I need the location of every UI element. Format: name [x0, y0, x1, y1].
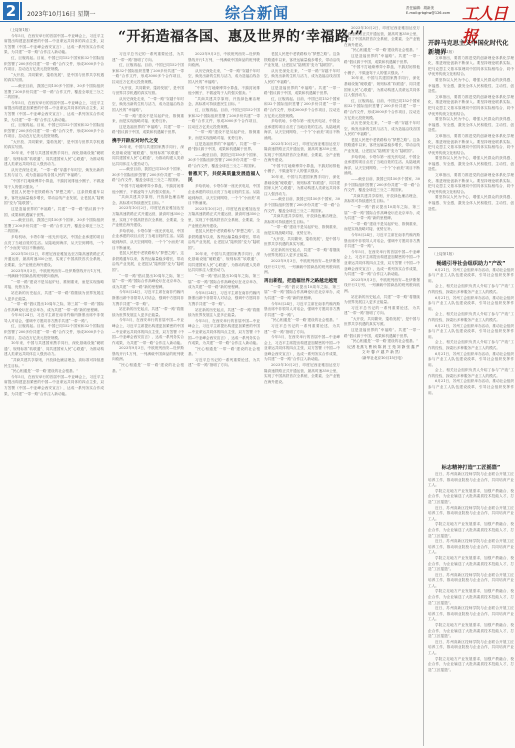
paragraph: 今年8月24日，习近平主席在南非约翰内斯堡出席中非领导人对话会，强调中方愿同非方…: [188, 291, 260, 308]
paragraph: “一带一路”倡议提出10周年之际，第三届“一带一路”国际合作高峰论坛在北京举办，…: [112, 274, 184, 291]
paragraph: “一带一路”建设不是另起炉灶、推倒重来，而是实现战略对接、优势互补。: [112, 114, 184, 125]
paragraph: 2023年10月2日，印度尼西亚雅加达至万隆高速铁路正式开通运营，最高时速350…: [264, 142, 340, 164]
paragraph: “中国不打地缘博弈小算盘，不搞封闭排他小圈子，不做凌驾于人的强买强卖。”: [4, 179, 104, 190]
paragraph: 2023年10月2日，印度尼西亚雅加达至万隆高速铁路正式开通运营，最高时速350…: [344, 26, 420, 48]
story-divider: [428, 247, 514, 248]
paragraph: 文章指出，要着力推进党的创新理论体系化学理化，推进理论创新不断深入。要坚持理论联…: [428, 95, 514, 117]
reporters-byline: （记者 杜燕飞 曹 桢 陈 晨 王 苑 刘 静 张 鑫 严 文 叶 馨 卢 越 …: [344, 345, 420, 356]
paragraph: ——截至目前，我国已同150多个国家、30多个国际组织签署了200多份共建“一带…: [188, 153, 260, 170]
right-story1-body: （上接第1版） 文章指出，要着力推进党的创新理论体系化学理化，推进理论创新不断深…: [428, 50, 514, 246]
paragraph: “中国不打地缘博弈小算盘，不搞封闭排他小圈子，不做凌驾于人的强买强卖。”: [188, 86, 260, 97]
issue-date: 2023年10月16日 星期一: [27, 9, 95, 18]
paragraph: 2023年10月2日，印度尼西亚雅加达至万隆高速铁路正式开通运营，最高时速350…: [264, 363, 340, 385]
paragraph: “一带一路”建设不是另起炉灶、推倒重来，而是实现战略对接、优势互补。: [264, 225, 340, 236]
paragraph: 站在新的历史起点，共建“一带一路”将继续为世界发展注入更多正能量。: [264, 248, 340, 259]
paragraph: 2023年9月3日，中欧班列西安—杜伊斯堡线开行1万列，一列满载中国商品的班列驶…: [188, 52, 260, 69]
paragraph: 今年8月24日，习近平主席在南非约翰内斯堡出席中非领导人对话会，强调中方愿同非方…: [112, 290, 184, 307]
source-byline: （新华社北京10月15日电）: [344, 356, 420, 362]
paragraph: “一带一路”倡议提出10周年之际，第三届“一带一路”国际合作高峰论坛在北京举办，…: [344, 205, 420, 222]
column-divider: [423, 26, 424, 746]
paragraph: 老挝人民把中老铁路称为“梦想之路”。这条铁路通车以来，客货运输量稳步增长，带动沿…: [264, 52, 340, 69]
paragraph: 这是造福世界的“幸福路”。共建“一带一路”倡议源于中国，成果和机遇属于世界。: [264, 86, 340, 97]
paragraph: 红，巨舰再起。目前，中国已同152个国家和32个国际组织签署了200多份共建“一…: [4, 123, 104, 140]
paragraph: 10年来，中国与共建国家携手同行，深化基础设施“硬联通”、规则标准“软联通”、同…: [188, 252, 260, 274]
masthead: 2 2023年10月16日 星期一 综合新闻 责任编辑：胡新美 E-mail:g…: [0, 0, 515, 22]
kicker: （上接第1版）: [428, 252, 514, 258]
paragraph: 从历史深处走来，“一带一路”穿越千年时空，焕发出新的生机与活力，成为造福沿线各国…: [112, 97, 184, 114]
paragraph: 今年5月，在西安举行的首届中国—中亚峰会上，习近平主席提出构建更加紧密的中国—中…: [4, 101, 104, 123]
paragraph: 站在新的历史起点，共建“一带一路”将继续为世界发展注入更多正能量。: [188, 308, 260, 319]
paragraph: 10年来，中国与共建国家携手同行，深化基础设施“硬联通”、规则标准“软联通”、同…: [112, 145, 184, 167]
paragraph: 学院立足地方产业发展需求，加强产教融合、校企合作，为企业输送了大批高素质技术技能…: [428, 623, 514, 640]
main-story-column-4: 老挝人民把中老铁路称为“梦想之路”。这条铁路通车以来，客货运输量稳步增长，带动沿…: [264, 52, 340, 746]
paragraph: 老挝人民把中老铁路称为“梦想之路”。这条铁路通车以来，客货运输量稳步增长，带动沿…: [112, 251, 184, 273]
paragraph: “大开放、共同繁荣、蓬勃发展”，是中国与世界共享机遇的真实写照。: [112, 86, 184, 97]
paragraph: “一带一路”建设不是另起炉灶、推倒重来，而是实现战略对接、优势互补。: [344, 222, 420, 233]
paragraph: “中国不打地缘博弈小算盘，不搞封闭排他小圈子，不做凌驾于人的强买强卖。”: [264, 164, 340, 175]
paragraph: 10年来，中国与共建国家携手同行，深化基础设施“硬联通”、规则标准“软联通”、同…: [344, 76, 420, 98]
right-story2-title: 畅通引导社会组织助力“产改”: [428, 261, 514, 268]
paragraph: “共商共建共享原则，开放绿色廉洁理念，高标准可持续惠民生目标。”: [264, 214, 340, 225]
paragraph: 老挝人民把中老铁路称为“梦想之路”。这条铁路通车以来，客货运输量稳步增长，带动沿…: [188, 229, 260, 251]
paragraph: “中国不打地缘博弈小算盘，不搞封闭排他小圈子，不做凌驾于人的强买强卖。”: [344, 65, 420, 76]
paragraph: 近日，苏州高新区技师学院与企业联合开展工匠培养工作，推动职业院校与企业合作，共同…: [428, 506, 514, 523]
paragraph: 2023年10月2日，印度尼西亚雅加达至万隆高速铁路正式开通运营，最高时速350…: [188, 207, 260, 229]
paragraph: 红，巨舰再起。目前，中国已同152个国家和32个国际组织签署了200多份共建“一…: [264, 97, 340, 119]
paragraph: 会上，相关社会组织负责人介绍了参与“产改”工作的经验，探索出多种服务产业工人的模…: [428, 284, 514, 295]
editor-email: E-mail:grbghw@126.com: [406, 11, 450, 16]
paragraph: 多哈机场，卡塔尔第一座光伏电站，中国企业承建的项目点亮了当地百姓的生活。从陆地到…: [112, 229, 184, 251]
paragraph: 多哈机场，卡塔尔第一座光伏电站，中国企业承建的项目点亮了当地百姓的生活。从陆地到…: [4, 235, 104, 252]
paragraph: 10年来，中国与共建国家携手同行，深化基础设施“硬联通”、规则标准“软联通”、同…: [4, 341, 104, 358]
subheading: 普惠天下，共促高质量发展造福人民: [188, 172, 260, 184]
paragraph: 习近平总书记的一系列重要论述，为共建“一带一路”指明了方向。: [112, 52, 184, 63]
page-number-bar: [20, 2, 22, 20]
main-story-column-5: 2023年10月2日，印度尼西亚雅加达至万隆高速铁路正式开通运营，最高时速350…: [344, 26, 420, 746]
paragraph: 近日，苏州高新区技师学院与企业联合开展工匠培养工作，推动职业院校与企业合作，共同…: [428, 640, 514, 657]
right-story2-body: （上接第1版） 畅通引导社会组织助力“产改” 6月21日，苏州工会组织举办活动，…: [428, 252, 514, 462]
paragraph: 今年8月24日，习近平主席在南非约翰内斯堡出席中非领导人对话会，强调中方愿同非方…: [264, 302, 340, 319]
paragraph: 2023年10月2日，印度尼西亚雅加达至万隆高速铁路正式开通运营，最高时速350…: [112, 206, 184, 228]
paragraph: 文章指出，要着力推进党的创新理论体系化学理化，推进理论创新不断深入。要坚持理论联…: [428, 173, 514, 195]
paragraph: 今年5月，在西安举行的首届中国—中亚峰会上，习近平主席提出构建更加紧密的中国—中…: [4, 375, 104, 397]
paragraph: 今年5月，在西安举行的首届中国—中亚峰会上，习近平主席提出构建更加紧密的中国—中…: [188, 319, 260, 347]
paragraph: ——截至目前，我国已同150多个国家、30多个国际组织签署了200多份共建“一带…: [264, 197, 340, 214]
paragraph: 6月21日，苏州工会组织举办活动，推动社会组织参与产业工人队伍建设改革，引导社会…: [428, 352, 514, 369]
page-number: 2: [3, 2, 19, 20]
editor-info: 责任编辑：胡新美 E-mail:grbghw@126.com: [406, 6, 450, 16]
paragraph: 6月21日，苏州工会组织举办活动，推动社会组织参与产业工人队伍建设改革，引导社会…: [428, 324, 514, 341]
main-story-column-1: （上接第1版） 今年5月，在西安举行的首届中国—中亚峰会上，习近平主席提出构建更…: [4, 28, 104, 746]
paragraph: 这是造福世界的“幸福路”。共建“一带一路”倡议源于中国，成果和机遇属于世界。: [112, 125, 184, 136]
paragraph: 文章指出，要着力推进党的创新理论体系化学理化，推进理论创新不断深入。要坚持理论联…: [428, 56, 514, 78]
paragraph: 习近平总书记的一系列重要论述，为共建“一带一路”指明了方向。: [188, 358, 260, 369]
paragraph: 站在新的历史起点，共建“一带一路”将继续为世界发展注入更多正能量。: [344, 295, 420, 306]
paragraph: 学院立足地方产业发展需求，加强产教融合、校企合作，为企业输送了大批高素质技术技能…: [428, 522, 514, 539]
paragraph: 6月21日，苏州工会组织举办活动，推动社会组织参与产业工人队伍建设改革，引导社会…: [428, 379, 514, 396]
paragraph: 近日，苏州高新区技师学院与企业联合开展工匠培养工作，推动职业院校与企业合作，共同…: [428, 606, 514, 623]
paragraph: 从历史深处走来，“一带一路”穿越千年时空，焕发出新的生机与活力，成为造福沿线各国…: [344, 121, 420, 138]
paragraph: “民心相通是‘一带一路’建设的社会根基。”: [112, 363, 184, 374]
paragraph: 今年5月，在西安举行的首届中国—中亚峰会上，习近平主席提出构建更加紧密的中国—中…: [344, 250, 420, 278]
paragraph: “一带一路”建设不是另起炉灶、推倒重来，而是实现战略对接、优势互补。: [4, 280, 104, 291]
subheading: 再出新程，把造福世界之路越走越宽: [264, 279, 340, 285]
paragraph: 会上，相关社会组织负责人介绍了参与“产改”工作的经验，探索出多种服务产业工人的模…: [428, 368, 514, 379]
paragraph: 学院立足地方产业发展需求，加强产教融合、校企合作，为企业输送了大批高素质技术技能…: [428, 556, 514, 573]
paragraph: 10年来，中国与共建国家携手同行，深化基础设施“硬联通”、规则标准“软联通”、同…: [264, 175, 340, 197]
paragraph: 今年5月，在西安举行的首届中国—中亚峰会上，习近平主席提出构建更加紧密的中国—中…: [4, 34, 104, 56]
paragraph: ——截至目前，我国已同150多个国家、30多个国际组织签署了200多份共建“一带…: [4, 218, 104, 235]
paragraph: 从历史深处走来，“一带一路”穿越千年时空，焕发出新的生机与活力，成为造福沿线各国…: [264, 69, 340, 86]
paragraph: 要坚持以人民为中心，增强人民群众的获得感、幸福感、安全感，激发全体人民积极性、主…: [428, 78, 514, 95]
paragraph: 学院立足地方产业发展需求，加强产教融合、校企合作，为企业输送了大批高素质技术技能…: [428, 657, 514, 674]
paragraph: 近日，苏州高新区技师学院与企业联合开展工匠培养工作，推动职业院校与企业合作，共同…: [428, 472, 514, 489]
paragraph: 文章指出，要着力推进党的创新理论体系化学理化，推进理论创新不断深入。要坚持理论联…: [428, 134, 514, 156]
newspaper-page: 2 2023年10月16日 星期一 综合新闻 责任编辑：胡新美 E-mail:g…: [0, 0, 515, 748]
paragraph: 2023年9月3日，中欧班列西安—杜伊斯堡线开行1万列，一列满载中国商品的班列驶…: [264, 259, 340, 276]
main-story-column-3: 2023年9月3日，中欧班列西安—杜伊斯堡线开行1万列，一列满载中国商品的班列驶…: [188, 52, 260, 746]
paragraph: 站在新的历史起点，共建“一带一路”将继续为世界发展注入更多正能量。: [112, 307, 184, 318]
paragraph: 学院立足地方产业发展需求，加强产教融合、校企合作，为企业输送了大批高素质技术技能…: [428, 489, 514, 506]
paragraph: 2023年10月2日，印度尼西亚雅加达至万隆高速铁路正式开通运营，最高时速350…: [4, 252, 104, 269]
paragraph: 老挝人民把中老铁路称为“梦想之路”。这条铁路通车以来，客货运输量稳步增长，带动沿…: [344, 138, 420, 155]
section-title: 综合新闻: [225, 2, 289, 23]
paragraph: 今年5月，在西安举行的首届中国—中亚峰会上，习近平主席提出构建更加紧密的中国—中…: [112, 318, 184, 346]
paragraph: “一带一路”建设不是另起炉灶、推倒重来，而是实现战略对接、优势互补。: [188, 130, 260, 141]
paragraph: “一带一路”倡议提出10周年之际，第三届“一带一路”国际合作高峰论坛在北京举办，…: [4, 302, 104, 313]
paragraph: 2023年9月3日，中欧班列西安—杜伊斯堡线开行1万列，一列满载中国商品的班列驶…: [112, 346, 184, 363]
paragraph: “大开放、共同繁荣、蓬勃发展”，是中国与世界共享机遇的真实写照。: [264, 237, 340, 248]
paragraph: 这是造福世界的“幸福路”。共建“一带一路”倡议源于中国，成果和机遇属于世界。: [4, 207, 104, 218]
paragraph: “中国不打地缘博弈小算盘，不搞封闭排他小圈子，不做凌驾于人的强买强卖。”: [112, 184, 184, 195]
paragraph: “一带一路”倡议提出10周年之际，第三届“一带一路”国际合作高峰论坛在北京举办，…: [264, 285, 340, 302]
paragraph: 多哈机场，卡塔尔第一座光伏电站，中国企业承建的项目点亮了当地百姓的生活。从陆地到…: [264, 119, 340, 141]
paragraph: ——截至目前，我国已同150多个国家、30多个国际组织签署了200多份共建“一带…: [4, 84, 104, 101]
paragraph: 10年来，中国与共建国家携手同行，深化基础设施“硬联通”、规则标准“软联通”、同…: [4, 151, 104, 168]
paragraph: “大开放、共同繁荣、蓬勃发展”，是中国与世界共享机遇的真实写照。: [4, 140, 104, 151]
paragraph: 近日，苏州高新区技师学院与企业联合开展工匠培养工作，推动职业院校与企业合作，共同…: [428, 573, 514, 590]
paragraph: 这是造福世界的“幸福路”。共建“一带一路”倡议源于中国，成果和机遇属于世界。: [344, 54, 420, 65]
paragraph: “共商共建共享原则，开放绿色廉洁理念，高标准可持续惠民生目标。”: [188, 97, 260, 108]
paragraph: 6月21日，苏州工会组织举办活动，推动社会组织参与产业工人队伍建设改革，引导社会…: [428, 268, 514, 285]
paragraph: 从历史深处走来，“一带一路”穿越千年时空，焕发出新的生机与活力，成为造福沿线各国…: [188, 69, 260, 86]
paragraph: 站在新的历史起点，共建“一带一路”将继续为世界发展注入更多正能量。: [4, 291, 104, 302]
paragraph: 今年5月，在西安举行的首届中国—中亚峰会上，习近平主席提出构建更加紧密的中国—中…: [264, 335, 340, 363]
paragraph: 老挝人民把中老铁路称为“梦想之路”。这条铁路通车以来，客货运输量稳步增长，带动沿…: [4, 190, 104, 207]
paragraph: “民心相通是‘一带一路’建设的社会根基。”: [188, 347, 260, 358]
paragraph: 会上，相关社会组织负责人介绍了参与“产改”工作的经验，探索出多种服务产业工人的模…: [428, 340, 514, 351]
paragraph: 要坚持以人民为中心，增强人民群众的获得感、幸福感、安全感，激发全体人民积极性、主…: [428, 156, 514, 173]
paragraph: 多哈机场，卡塔尔第一座光伏电站，中国企业承建的项目点亮了当地百姓的生活。从陆地到…: [188, 184, 260, 206]
paragraph: “共商共建共享原则，开放绿色廉洁理念，高标准可持续惠民生目标。”: [112, 195, 184, 206]
paragraph: 2023年9月3日，中欧班列西安—杜伊斯堡线开行1万列，一列满载中国商品的班列驶…: [4, 269, 104, 280]
paragraph: 多哈机场，卡塔尔第一座光伏电站，中国企业承建的项目点亮了当地百姓的生活。从陆地到…: [344, 155, 420, 177]
paragraph: 习近平总书记的一系列重要论述，为共建“一带一路”指明了方向。: [264, 324, 340, 335]
paragraph: 红，巨舰再起。目前，中国已同152个国家和32个国际组织签署了200多份共建“一…: [188, 108, 260, 130]
paragraph: “大开放、共同繁荣、蓬勃发展”，是中国与世界共享机遇的真实写照。: [344, 317, 420, 328]
paragraph: 要坚持以人民为中心，增强人民群众的获得感、幸福感、安全感，激发全体人民积极性、主…: [428, 195, 514, 212]
paragraph: 红，巨舰再起。目前，中国已同152个国家和32个国际组织签署了200多份共建“一…: [344, 99, 420, 121]
paragraph: 这是造福世界的“幸福路”。共建“一带一路”倡议源于中国，成果和机遇属于世界。: [344, 328, 420, 339]
right-story3-title: 标志精神打造“工匠摇篮”: [428, 465, 514, 472]
paragraph: ——截至目前，我国已同150多个国家、30多个国际组织签署了200多份共建“一带…: [112, 167, 184, 184]
paragraph: 从历史深处走来，“一带一路”穿越千年时空，焕发出新的生机与活力，成为造福沿线各国…: [4, 168, 104, 179]
paragraph: 红，巨舰再起。目前，中国已同152个国家和32个国际组织签署了200多份共建“一…: [4, 56, 104, 73]
paragraph: ——截至目前，我国已同150多个国家、30多个国际组织签署了200多份共建“一带…: [344, 177, 420, 194]
paragraph: 习近平总书记的一系列重要论述，为共建“一带一路”指明了方向。: [344, 306, 420, 317]
paragraph: “共商共建共享原则，开放绿色廉洁理念，高标准可持续惠民生目标。”: [4, 358, 104, 369]
paragraph: 近日，苏州高新区技师学院与企业联合开展工匠培养工作，推动职业院校与企业合作，共同…: [428, 539, 514, 556]
paragraph: “共商共建共享原则，开放绿色廉洁理念，高标准可持续惠民生目标。”: [344, 194, 420, 205]
paragraph: 红，巨舰再起。目前，中国已同152个国家和32个国际组织签署了200多份共建“一…: [112, 63, 184, 85]
paragraph: 会上，相关社会组织负责人介绍了参与“产改”工作的经验，探索出多种服务产业工人的模…: [428, 312, 514, 323]
right-story3-body: 标志精神打造“工匠摇篮” 近日，苏州高新区技师学院与企业联合开展工匠培养工作，推…: [428, 462, 514, 746]
paragraph: 红，巨舰再起。目前，中国已同152个国家和32个国际组织签署了200多份共建“一…: [4, 324, 104, 341]
paragraph: 6月21日，苏州工会组织举办活动，推动社会组织参与产业工人队伍建设改革，引导社会…: [428, 296, 514, 313]
paragraph: 学院立足地方产业发展需求，加强产教融合、校企合作，为企业输送了大批高素质技术技能…: [428, 589, 514, 606]
paragraph: 要坚持以人民为中心，增强人民群众的获得感、幸福感、安全感，激发全体人民积极性、主…: [428, 117, 514, 134]
main-story-column-2: 习近平总书记的一系列重要论述，为共建“一带一路”指明了方向。 红，巨舰再起。目前…: [112, 52, 184, 746]
paragraph: 今年8月24日，习近平主席在南非约翰内斯堡出席中非领导人对话会，强调中方愿同非方…: [4, 313, 104, 324]
paragraph: “一带一路”倡议提出10周年之际，第三届“一带一路”国际合作高峰论坛在北京举办，…: [188, 274, 260, 291]
paragraph: 这是造福世界的“幸福路”。共建“一带一路”倡议源于中国，成果和机遇属于世界。: [188, 142, 260, 153]
paragraph: “大开放、共同繁荣、蓬勃发展”，是中国与世界共享机遇的真实写照。: [4, 73, 104, 84]
paragraph: 今年8月24日，习近平主席在南非约翰内斯堡出席中非领导人对话会，强调中方愿同非方…: [344, 233, 420, 250]
paragraph: 2023年9月3日，中欧班列西安—杜伊斯堡线开行1万列，一列满载中国商品的班列驶…: [344, 278, 420, 295]
